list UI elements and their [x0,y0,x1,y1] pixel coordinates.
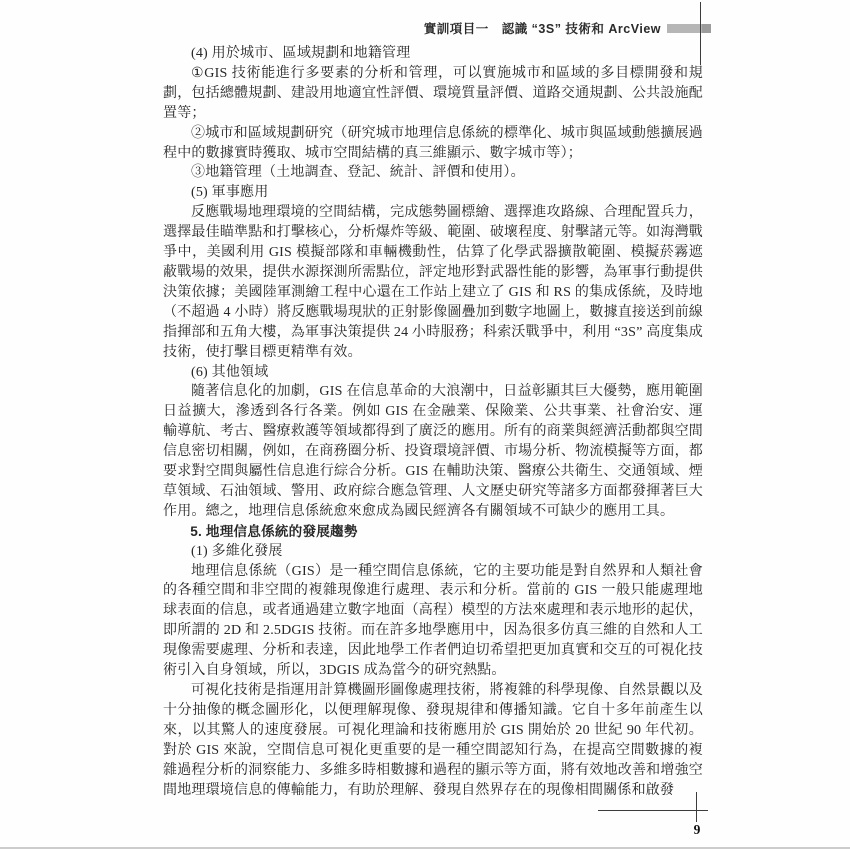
paragraph-gis-spatial-info-system: 地理信息係統（GIS）是一種空間信息係統，它的主要功能是對自然界和人類社會的各種… [163,562,703,681]
heading-military-application: (5) 軍事應用 [163,183,703,203]
heading-urban-regional-planning: (4) 用於城市、區域規劃和地籍管理 [163,44,703,64]
paragraph-military-application: 反應戰場地理環境的空間結構，完成態勢圖標繪、選擇進攻路線、合理配置兵力，選擇最佳… [163,203,703,362]
paragraph-visualization-technology: 可視化技術是指運用計算機圖形圖像處理技術，將複雜的科學現像、自然景觀以及十分抽像… [163,681,703,800]
heading-other-fields: (6) 其他領域 [163,363,703,383]
page-header: 實訓項目一 認識 “3S” 技術和 ArcView [0,19,711,37]
paragraph-gis-multifactor-analysis: ①GIS 技術能進行多要素的分析和管理，可以實施城市和區域的多目標開發和規劃，包… [163,64,703,124]
heading-gis-development-trends: 5. 地理信息係統的發展趨勢 [163,522,703,542]
book-page: 實訓項目一 認識 “3S” 技術和 ArcView (4) 用於城市、區域規劃和… [0,0,850,850]
bottom-edge-line [0,847,850,849]
page-number: 9 [688,822,706,838]
crop-mark-bottom-vertical [696,792,697,822]
heading-multidimensional-development: (1) 多維化發展 [163,542,703,562]
crop-mark-bottom-horizontal [598,810,708,811]
paragraph-urban-regional-research: ②城市和區域規劃研究（研究城市地理信息係統的標準化、城市與區域動態擴展過程中的數… [163,124,703,164]
paragraph-other-fields: 隨著信息化的加劇，GIS 在信息革命的大浪潮中，日益彰顯其巨大優勢，應用範圍日益… [163,382,703,521]
running-head: 實訓項目一 認識 “3S” 技術和 ArcView [424,19,661,37]
header-decoration-bar [667,24,711,33]
paragraph-cadastral-management: ③地籍管理（土地調查、登記、統計、評價和使用）。 [163,163,703,183]
page-body: (4) 用於城市、區域規劃和地籍管理 ①GIS 技術能進行多要素的分析和管理，可… [163,44,703,800]
